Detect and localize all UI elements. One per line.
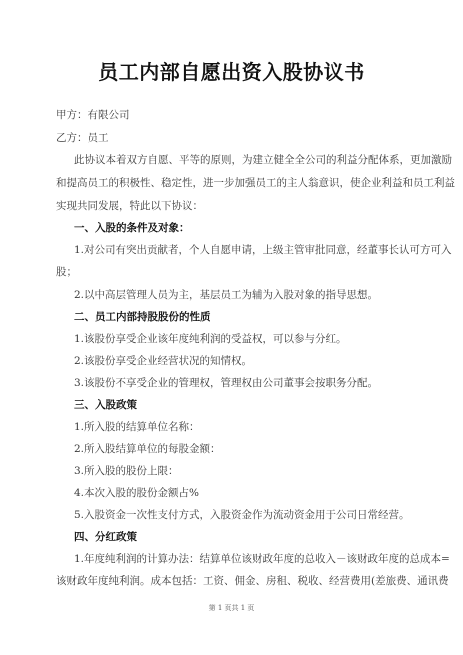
section-1-item-2: 2.以中高层管理人员为主，基层员工为辅为入股对象的指导思想。 — [74, 288, 408, 302]
party-a: 甲方：有限公司 — [56, 108, 408, 122]
section-1-item-1: 1.对公司有突出贡献者，个人自愿申请，上级主管审批同意，经董事长认可方可入 — [74, 243, 408, 257]
section-4-heading: 四、分红政策 — [74, 530, 408, 544]
preamble-line-2: 和提高员工的积极性、稳定性，进一步加强员工的主人翁意识，使企业利益和员工利益 — [56, 176, 408, 190]
section-3-item-3: 3.所入股的股份上限： — [74, 464, 408, 478]
section-4-item-1-cont: 该财政年度纯利润。成本包括：工资、佣金、房租、税收、经营费用(差旅费、通讯费 — [56, 574, 408, 588]
section-4-item-1: 1.年度纯利润的计算办法：结算单位该财政年度的总收入－该财政年度的总成本= — [74, 552, 408, 566]
section-3-heading: 三、入股政策 — [74, 398, 408, 412]
page-footer: 第 1 页共 1 页 — [0, 603, 463, 613]
section-3-item-2: 2.所入股结算单位的每股金额： — [74, 442, 408, 456]
section-1-heading: 一、入股的条件及对象： — [74, 221, 408, 235]
section-3-item-5: 5.入股资金一次性支付方式，入股资金作为流动资金用于公司日常经营。 — [74, 508, 408, 522]
section-2-item-1: 1.该股份享受企业该年度纯利润的受益权，可以参与分红。 — [74, 332, 408, 346]
preamble-line-1: 此协议本着双方自愿、平等的原则，为建立健全全公司的利益分配体系，更加激励 — [74, 153, 408, 167]
section-3-item-1: 1.所入股的结算单位名称： — [74, 420, 408, 434]
document-title: 员工内部自愿出资入股协议书 — [0, 56, 463, 85]
section-2-item-3: 3.该股份不享受企业的管理权，管理权由公司董事会按职务分配。 — [74, 376, 408, 390]
document-page: 员工内部自愿出资入股协议书 甲方：有限公司 乙方：员工 此协议本着双方自愿、平等… — [0, 0, 463, 655]
section-2-item-2: 2.该股份享受企业经营状况的知情权。 — [74, 354, 408, 368]
section-3-item-4: 4.本次入股的股份金额占% — [74, 486, 408, 500]
preamble-line-3: 实现共同发展，特此以下协议： — [56, 199, 408, 213]
party-b: 乙方：员工 — [56, 131, 408, 145]
section-2-heading: 二、员工内部持股股份的性质 — [74, 310, 408, 324]
section-1-item-1-cont: 股； — [56, 265, 408, 279]
